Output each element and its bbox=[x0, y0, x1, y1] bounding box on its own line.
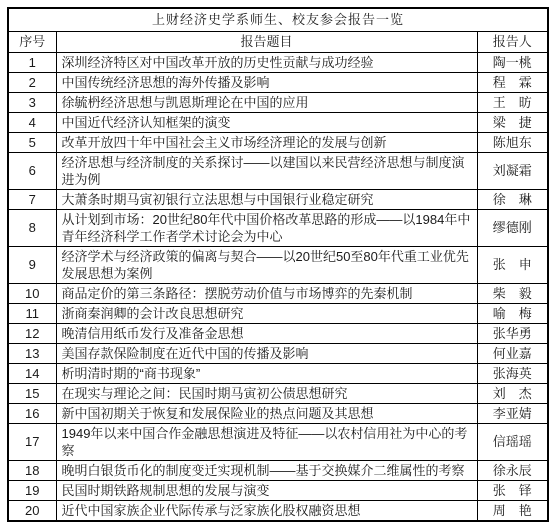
table-row: 19 民国时期铁路规制思想的发展与演变 张 铎 bbox=[8, 480, 548, 500]
table-title-row: 上财经济史学系师生、校友参会报告一览 bbox=[8, 8, 548, 31]
row-number: 13 bbox=[8, 343, 56, 363]
presenter-name: 缪德刚 bbox=[477, 209, 548, 246]
column-header-number: 序号 bbox=[8, 31, 56, 52]
presenter-name: 喻 梅 bbox=[477, 303, 548, 323]
table-row: 14 析明清时期的“商书现象” 张海英 bbox=[8, 363, 548, 383]
report-title: 中国传统经济思想的海外传播及影响 bbox=[56, 72, 477, 92]
table-row: 2 中国传统经济思想的海外传播及影响 程 霖 bbox=[8, 72, 548, 92]
presenter-name: 张华勇 bbox=[477, 323, 548, 343]
report-title: 析明清时期的“商书现象” bbox=[56, 363, 477, 383]
row-number: 6 bbox=[8, 152, 56, 189]
presenter-name: 信瑶瑶 bbox=[477, 423, 548, 460]
table-row: 8 从计划到市场：20世纪80年代中国价格改革思路的形成——以1984年中青年经… bbox=[8, 209, 548, 246]
table-row: 3 徐毓枬经济思想与凯恩斯理论在中国的应用 王 昉 bbox=[8, 92, 548, 112]
table-row: 7 大萧条时期马寅初银行立法思想与中国银行业稳定研究 徐 琳 bbox=[8, 189, 548, 209]
table-row: 5 改革开放四十年中国社会主义市场经济理论的发展与创新 陈旭东 bbox=[8, 132, 548, 152]
report-title: 近代中国家族企业代际传承与泛家族化股权融资思想 bbox=[56, 500, 477, 521]
report-title: 徐毓枬经济思想与凯恩斯理论在中国的应用 bbox=[56, 92, 477, 112]
report-title: 民国时期铁路规制思想的发展与演变 bbox=[56, 480, 477, 500]
presenter-name: 刘 杰 bbox=[477, 383, 548, 403]
row-number: 19 bbox=[8, 480, 56, 500]
table-row: 9 经济学术与经济政策的偏离与契合——以20世纪50至80年代重工业优先发展思想… bbox=[8, 246, 548, 283]
row-number: 12 bbox=[8, 323, 56, 343]
row-number: 11 bbox=[8, 303, 56, 323]
report-title: 在现实与理论之间：民国时期马寅初公债思想研究 bbox=[56, 383, 477, 403]
presenter-name: 刘凝霜 bbox=[477, 152, 548, 189]
row-number: 20 bbox=[8, 500, 56, 521]
presenter-name: 张 铎 bbox=[477, 480, 548, 500]
report-title: 大萧条时期马寅初银行立法思想与中国银行业稳定研究 bbox=[56, 189, 477, 209]
report-title: 新中国初期关于恢复和发展保险业的热点问题及其思想 bbox=[56, 403, 477, 423]
presenter-name: 李亚婧 bbox=[477, 403, 548, 423]
table-row: 17 1949年以来中国合作金融思想演进及特征——以农村信用社为中心的考察 信瑶… bbox=[8, 423, 548, 460]
report-title: 1949年以来中国合作金融思想演进及特征——以农村信用社为中心的考察 bbox=[56, 423, 477, 460]
report-title: 美国存款保险制度在近代中国的传播及影响 bbox=[56, 343, 477, 363]
column-header-title: 报告题目 bbox=[56, 31, 477, 52]
report-title: 深圳经济特区对中国改革开放的历史性贡献与成功经验 bbox=[56, 52, 477, 72]
table-row: 15 在现实与理论之间：民国时期马寅初公债思想研究 刘 杰 bbox=[8, 383, 548, 403]
report-table: 上财经济史学系师生、校友参会报告一览 序号 报告题目 报告人 1 深圳经济特区对… bbox=[7, 7, 549, 522]
report-title: 从计划到市场：20世纪80年代中国价格改革思路的形成——以1984年中青年经济科… bbox=[56, 209, 477, 246]
presenter-name: 陈旭东 bbox=[477, 132, 548, 152]
table-row: 20 近代中国家族企业代际传承与泛家族化股权融资思想 周 艳 bbox=[8, 500, 548, 521]
table-row: 12 晚清信用纸币发行及准备金思想 张华勇 bbox=[8, 323, 548, 343]
row-number: 8 bbox=[8, 209, 56, 246]
presenter-name: 陶一桃 bbox=[477, 52, 548, 72]
table-title: 上财经济史学系师生、校友参会报告一览 bbox=[8, 8, 548, 31]
presenter-name: 徐永辰 bbox=[477, 460, 548, 480]
document-page: 上财经济史学系师生、校友参会报告一览 序号 报告题目 报告人 1 深圳经济特区对… bbox=[0, 0, 554, 526]
report-title: 晚明白银货币化的制度变迁实现机制——基于交换媒介二维属性的考察 bbox=[56, 460, 477, 480]
row-number: 4 bbox=[8, 112, 56, 132]
table-row: 4 中国近代经济认知框架的演变 梁 捷 bbox=[8, 112, 548, 132]
report-title: 经济学术与经济政策的偏离与契合——以20世纪50至80年代重工业优先发展思想为案… bbox=[56, 246, 477, 283]
table-body: 1 深圳经济特区对中国改革开放的历史性贡献与成功经验 陶一桃 2 中国传统经济思… bbox=[8, 52, 548, 521]
table-row: 11 浙商秦润卿的会计改良思想研究 喻 梅 bbox=[8, 303, 548, 323]
table-row: 16 新中国初期关于恢复和发展保险业的热点问题及其思想 李亚婧 bbox=[8, 403, 548, 423]
presenter-name: 周 艳 bbox=[477, 500, 548, 521]
table-row: 10 商品定价的第三条路径：摆脱劳动价值与市场博弈的先秦机制 柴 毅 bbox=[8, 283, 548, 303]
row-number: 1 bbox=[8, 52, 56, 72]
table-header-row: 序号 报告题目 报告人 bbox=[8, 31, 548, 52]
table-row: 13 美国存款保险制度在近代中国的传播及影响 何业嘉 bbox=[8, 343, 548, 363]
presenter-name: 梁 捷 bbox=[477, 112, 548, 132]
row-number: 10 bbox=[8, 283, 56, 303]
row-number: 16 bbox=[8, 403, 56, 423]
presenter-name: 何业嘉 bbox=[477, 343, 548, 363]
report-title: 改革开放四十年中国社会主义市场经济理论的发展与创新 bbox=[56, 132, 477, 152]
row-number: 14 bbox=[8, 363, 56, 383]
presenter-name: 柴 毅 bbox=[477, 283, 548, 303]
row-number: 2 bbox=[8, 72, 56, 92]
presenter-name: 王 昉 bbox=[477, 92, 548, 112]
presenter-name: 程 霖 bbox=[477, 72, 548, 92]
row-number: 5 bbox=[8, 132, 56, 152]
table-row: 18 晚明白银货币化的制度变迁实现机制——基于交换媒介二维属性的考察 徐永辰 bbox=[8, 460, 548, 480]
row-number: 9 bbox=[8, 246, 56, 283]
report-title: 商品定价的第三条路径：摆脱劳动价值与市场博弈的先秦机制 bbox=[56, 283, 477, 303]
table-row: 1 深圳经济特区对中国改革开放的历史性贡献与成功经验 陶一桃 bbox=[8, 52, 548, 72]
row-number: 17 bbox=[8, 423, 56, 460]
row-number: 15 bbox=[8, 383, 56, 403]
row-number: 3 bbox=[8, 92, 56, 112]
presenter-name: 徐 琳 bbox=[477, 189, 548, 209]
presenter-name: 张海英 bbox=[477, 363, 548, 383]
report-title: 经济思想与经济制度的关系探讨——以建国以来民营经济思想与制度演进为例 bbox=[56, 152, 477, 189]
column-header-presenter: 报告人 bbox=[477, 31, 548, 52]
presenter-name: 张 申 bbox=[477, 246, 548, 283]
row-number: 18 bbox=[8, 460, 56, 480]
report-title: 晚清信用纸币发行及准备金思想 bbox=[56, 323, 477, 343]
row-number: 7 bbox=[8, 189, 56, 209]
report-title: 浙商秦润卿的会计改良思想研究 bbox=[56, 303, 477, 323]
table-row: 6 经济思想与经济制度的关系探讨——以建国以来民营经济思想与制度演进为例 刘凝霜 bbox=[8, 152, 548, 189]
report-title: 中国近代经济认知框架的演变 bbox=[56, 112, 477, 132]
